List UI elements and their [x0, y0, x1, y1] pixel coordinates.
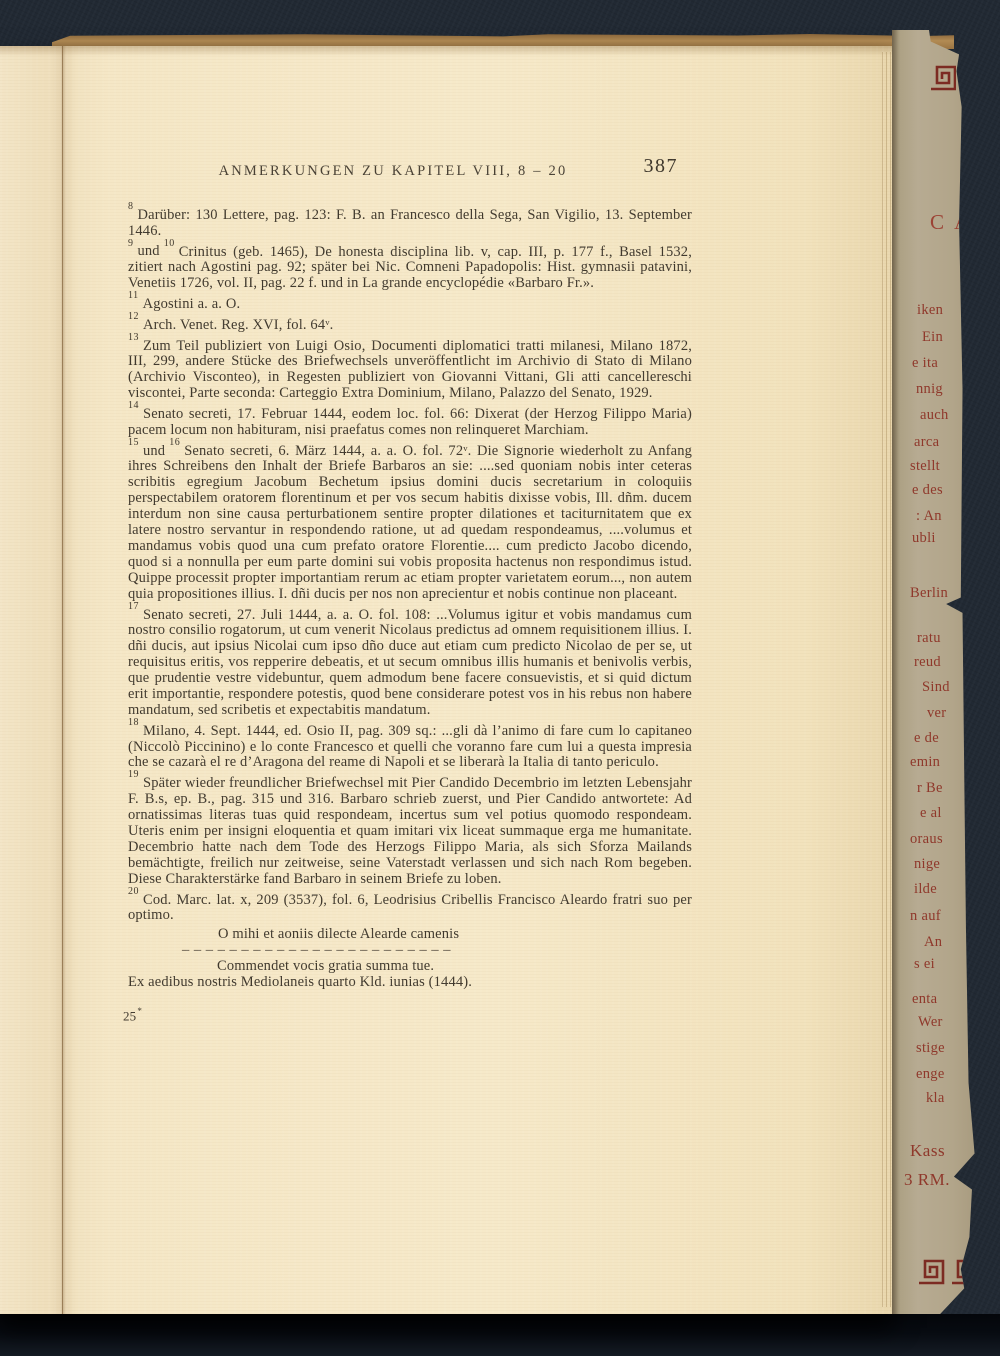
- footnote-number: 11: [128, 290, 139, 301]
- verse-line: O mihi et aoniis dilecte Alearde camenis: [218, 927, 692, 943]
- footnote-number: 8: [128, 201, 134, 212]
- footnote-text: Zum Teil publiziert von Luigi Osio, Docu…: [128, 337, 692, 401]
- jacket-fragment: e al: [920, 805, 942, 822]
- jacket-fragment: stellt: [910, 458, 940, 475]
- jacket-fragment: Kass: [910, 1141, 945, 1161]
- jacket-fragment: stige: [916, 1040, 945, 1057]
- jacket-fragment: 3 RM.: [904, 1170, 950, 1190]
- footnote-13: 13Zum Teil publiziert von Luigi Osio, Do…: [128, 334, 692, 402]
- jacket-fragment: e de: [914, 730, 939, 747]
- jacket-fragment: : An: [916, 508, 942, 525]
- footnote-number: 12: [128, 311, 139, 322]
- footnote-text: Crinitus (geb. 1465), De honesta discipl…: [128, 243, 692, 291]
- footnote-15-16: 15und16Senato secreti, 6. März 1444, a. …: [128, 439, 692, 603]
- footnote-text: Arch. Venet. Reg. XVI, fol. 64ᵛ.: [143, 317, 333, 333]
- footnote-11: 11Agostini a. a. O.: [128, 292, 692, 313]
- footnote-number: 17: [128, 601, 139, 612]
- jacket-fragment: Ein: [922, 329, 943, 346]
- jacket-fragment: arca: [914, 434, 939, 451]
- footnote-18: 18Milano, 4. Sept. 1444, ed. Osio II, pa…: [128, 719, 692, 772]
- verse-omission-dashes: – – – – – – – – – – – – – – – – – – – – …: [182, 943, 692, 959]
- footnote-17: 17Senato secreti, 27. Juli 1444, a. a. O…: [128, 603, 692, 719]
- footnote-20: 20Cod. Marc. lat. x, 209 (3537), fol. 6,…: [128, 888, 692, 925]
- footnote-text: Senato secreti, 6. März 1444, a. a. O. f…: [128, 443, 692, 602]
- footnote-number: 19: [128, 769, 139, 780]
- footnote-14: 14Senato secreti, 17. Februar 1444, eode…: [128, 402, 692, 439]
- jacket-fragment: emin: [910, 754, 940, 771]
- jacket-fragment: auch: [920, 407, 949, 424]
- footnote-number: 15: [128, 437, 139, 448]
- jacket-fragment: n auf: [910, 908, 941, 925]
- footnote-number: 10: [164, 238, 175, 249]
- jacket-fragment: e des: [912, 482, 943, 499]
- jacket-left-shadow: [892, 30, 900, 1314]
- page-head: ANMERKUNGEN ZU KAPITEL VIII, 8 – 20 387: [128, 164, 692, 186]
- footnote-text: Agostini a. a. O.: [143, 296, 241, 312]
- meander-ornament-icon: [916, 1258, 982, 1291]
- jacket-fragment: ratu: [917, 630, 941, 647]
- jacket-fragment: ilde: [914, 881, 937, 898]
- signature-mark: 25*: [123, 1005, 692, 1024]
- jacket-fragment: Wer: [918, 1014, 943, 1031]
- footnote-text: Cod. Marc. lat. x, 209 (3537), fol. 6, L…: [128, 891, 692, 923]
- footnote-number: 14: [128, 400, 139, 411]
- jacket-fragment: ver: [927, 705, 946, 722]
- footnote-conjunction: und: [138, 243, 160, 259]
- page-top-shading: [0, 46, 894, 56]
- running-header: ANMERKUNGEN ZU KAPITEL VIII, 8 – 20: [128, 164, 658, 180]
- footnote-number: 18: [128, 717, 139, 728]
- jacket-fragment: s ei: [914, 956, 935, 973]
- footnote-12: 12Arch. Venet. Reg. XVI, fol. 64ᵛ.: [128, 313, 692, 334]
- footnote-text: Milano, 4. Sept. 1444, ed. Osio II, pag.…: [128, 723, 692, 771]
- footnote-text: Später wieder freundlicher Briefwechsel …: [128, 775, 692, 886]
- book-page: ANMERKUNGEN ZU KAPITEL VIII, 8 – 20 387 …: [0, 46, 894, 1314]
- jacket-fragment: kla: [926, 1090, 945, 1107]
- table-shadow: [0, 1314, 1000, 1356]
- jacket-fragment: Sind: [922, 679, 950, 696]
- text-block: ANMERKUNGEN ZU KAPITEL VIII, 8 – 20 387 …: [128, 164, 692, 1024]
- footnote-number: 13: [128, 332, 139, 343]
- footnote-number: 16: [169, 437, 180, 448]
- footnote-8: 8Darüber: 130 Lettere, pag. 123: F. B. a…: [128, 203, 692, 240]
- gutter-crease-line: [62, 46, 63, 1314]
- footnote-number: 20: [128, 886, 139, 897]
- signature-number: 25: [123, 1008, 136, 1023]
- footnote-text: Darüber: 130 Lettere, pag. 123: F. B. an…: [128, 207, 692, 239]
- jacket-fragment: reud: [914, 654, 941, 671]
- jacket-fragment: enta: [912, 991, 937, 1008]
- verse-line: Ex aedibus nostris Mediolaneis quarto Kl…: [128, 975, 692, 991]
- meander-ornament-icon: [928, 64, 956, 92]
- footnote-text: Senato secreti, 17. Februar 1444, eodem …: [128, 406, 692, 438]
- page-number: 387: [644, 159, 679, 175]
- jacket-fragment: nige: [914, 856, 940, 873]
- jacket-fragment: enge: [916, 1066, 945, 1083]
- footnote-text: Senato secreti, 27. Juli 1444, a. a. O. …: [128, 606, 692, 717]
- signature-asterisk: *: [137, 1006, 142, 1016]
- jacket-fragment: Berlin: [910, 585, 948, 602]
- latin-verse: O mihi et aoniis dilecte Alearde camenis…: [128, 927, 692, 991]
- footnote-9-10: 9und10Crinitus (geb. 1465), De honesta d…: [128, 240, 692, 293]
- footnote-19: 19Später wieder freundlicher Briefwechse…: [128, 771, 692, 887]
- footnote-conjunction: und: [143, 443, 165, 459]
- verse-line: Commendet vocis gratia summa tue.: [217, 959, 692, 975]
- jacket-fragment: r Be: [917, 780, 943, 797]
- page-gutter: [50, 46, 76, 1314]
- jacket-fragment: ubli: [912, 530, 936, 547]
- jacket-fragment: oraus: [910, 831, 943, 848]
- jacket-fragment: nnig: [916, 381, 943, 398]
- jacket-fragment: iken: [917, 302, 943, 319]
- jacket-fragment: C A: [930, 210, 972, 235]
- footnote-number: 9: [128, 238, 134, 249]
- torn-dust-jacket-strip: C A iken Ein e ita nnig auch arca stellt…: [892, 30, 978, 1314]
- jacket-fragment: e ita: [912, 355, 938, 372]
- jacket-fragment: An: [924, 934, 942, 951]
